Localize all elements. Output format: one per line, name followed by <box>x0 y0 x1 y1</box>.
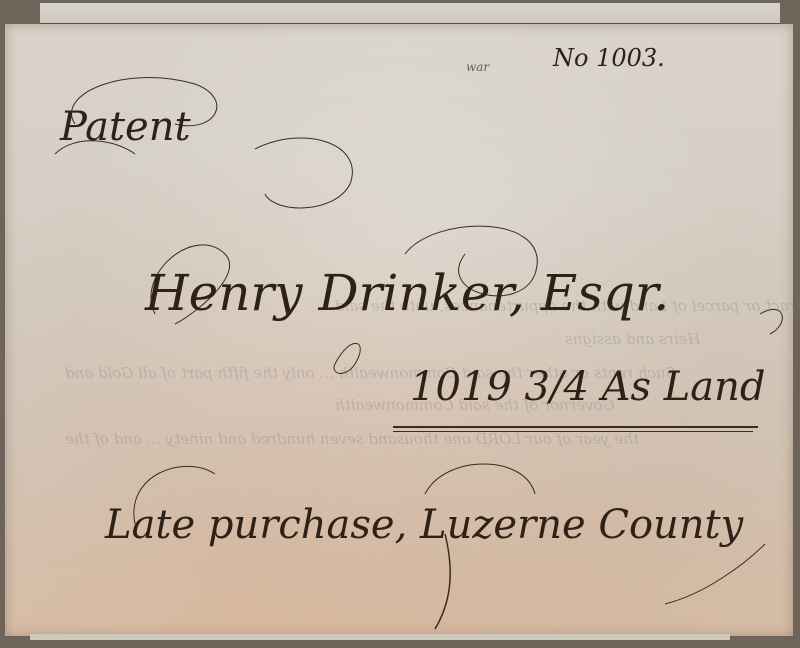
back-sheet-bottom-edge <box>30 634 730 640</box>
patent-heading: Patent <box>60 104 191 150</box>
acreage-underline-2 <box>393 431 753 432</box>
land-location: Late purchase, Luzerne County <box>105 502 743 548</box>
acreage: 1019 3/4 As Land <box>410 364 766 410</box>
warrant-label: war <box>466 60 489 74</box>
back-sheet-edge <box>40 3 780 24</box>
acreage-underline <box>393 426 758 428</box>
patent-document: To Have and to hold the said tract or pa… <box>5 24 793 636</box>
patent-number: No 1003. <box>553 44 665 72</box>
grantee-name: Henry Drinker, Esqr. <box>145 264 669 322</box>
